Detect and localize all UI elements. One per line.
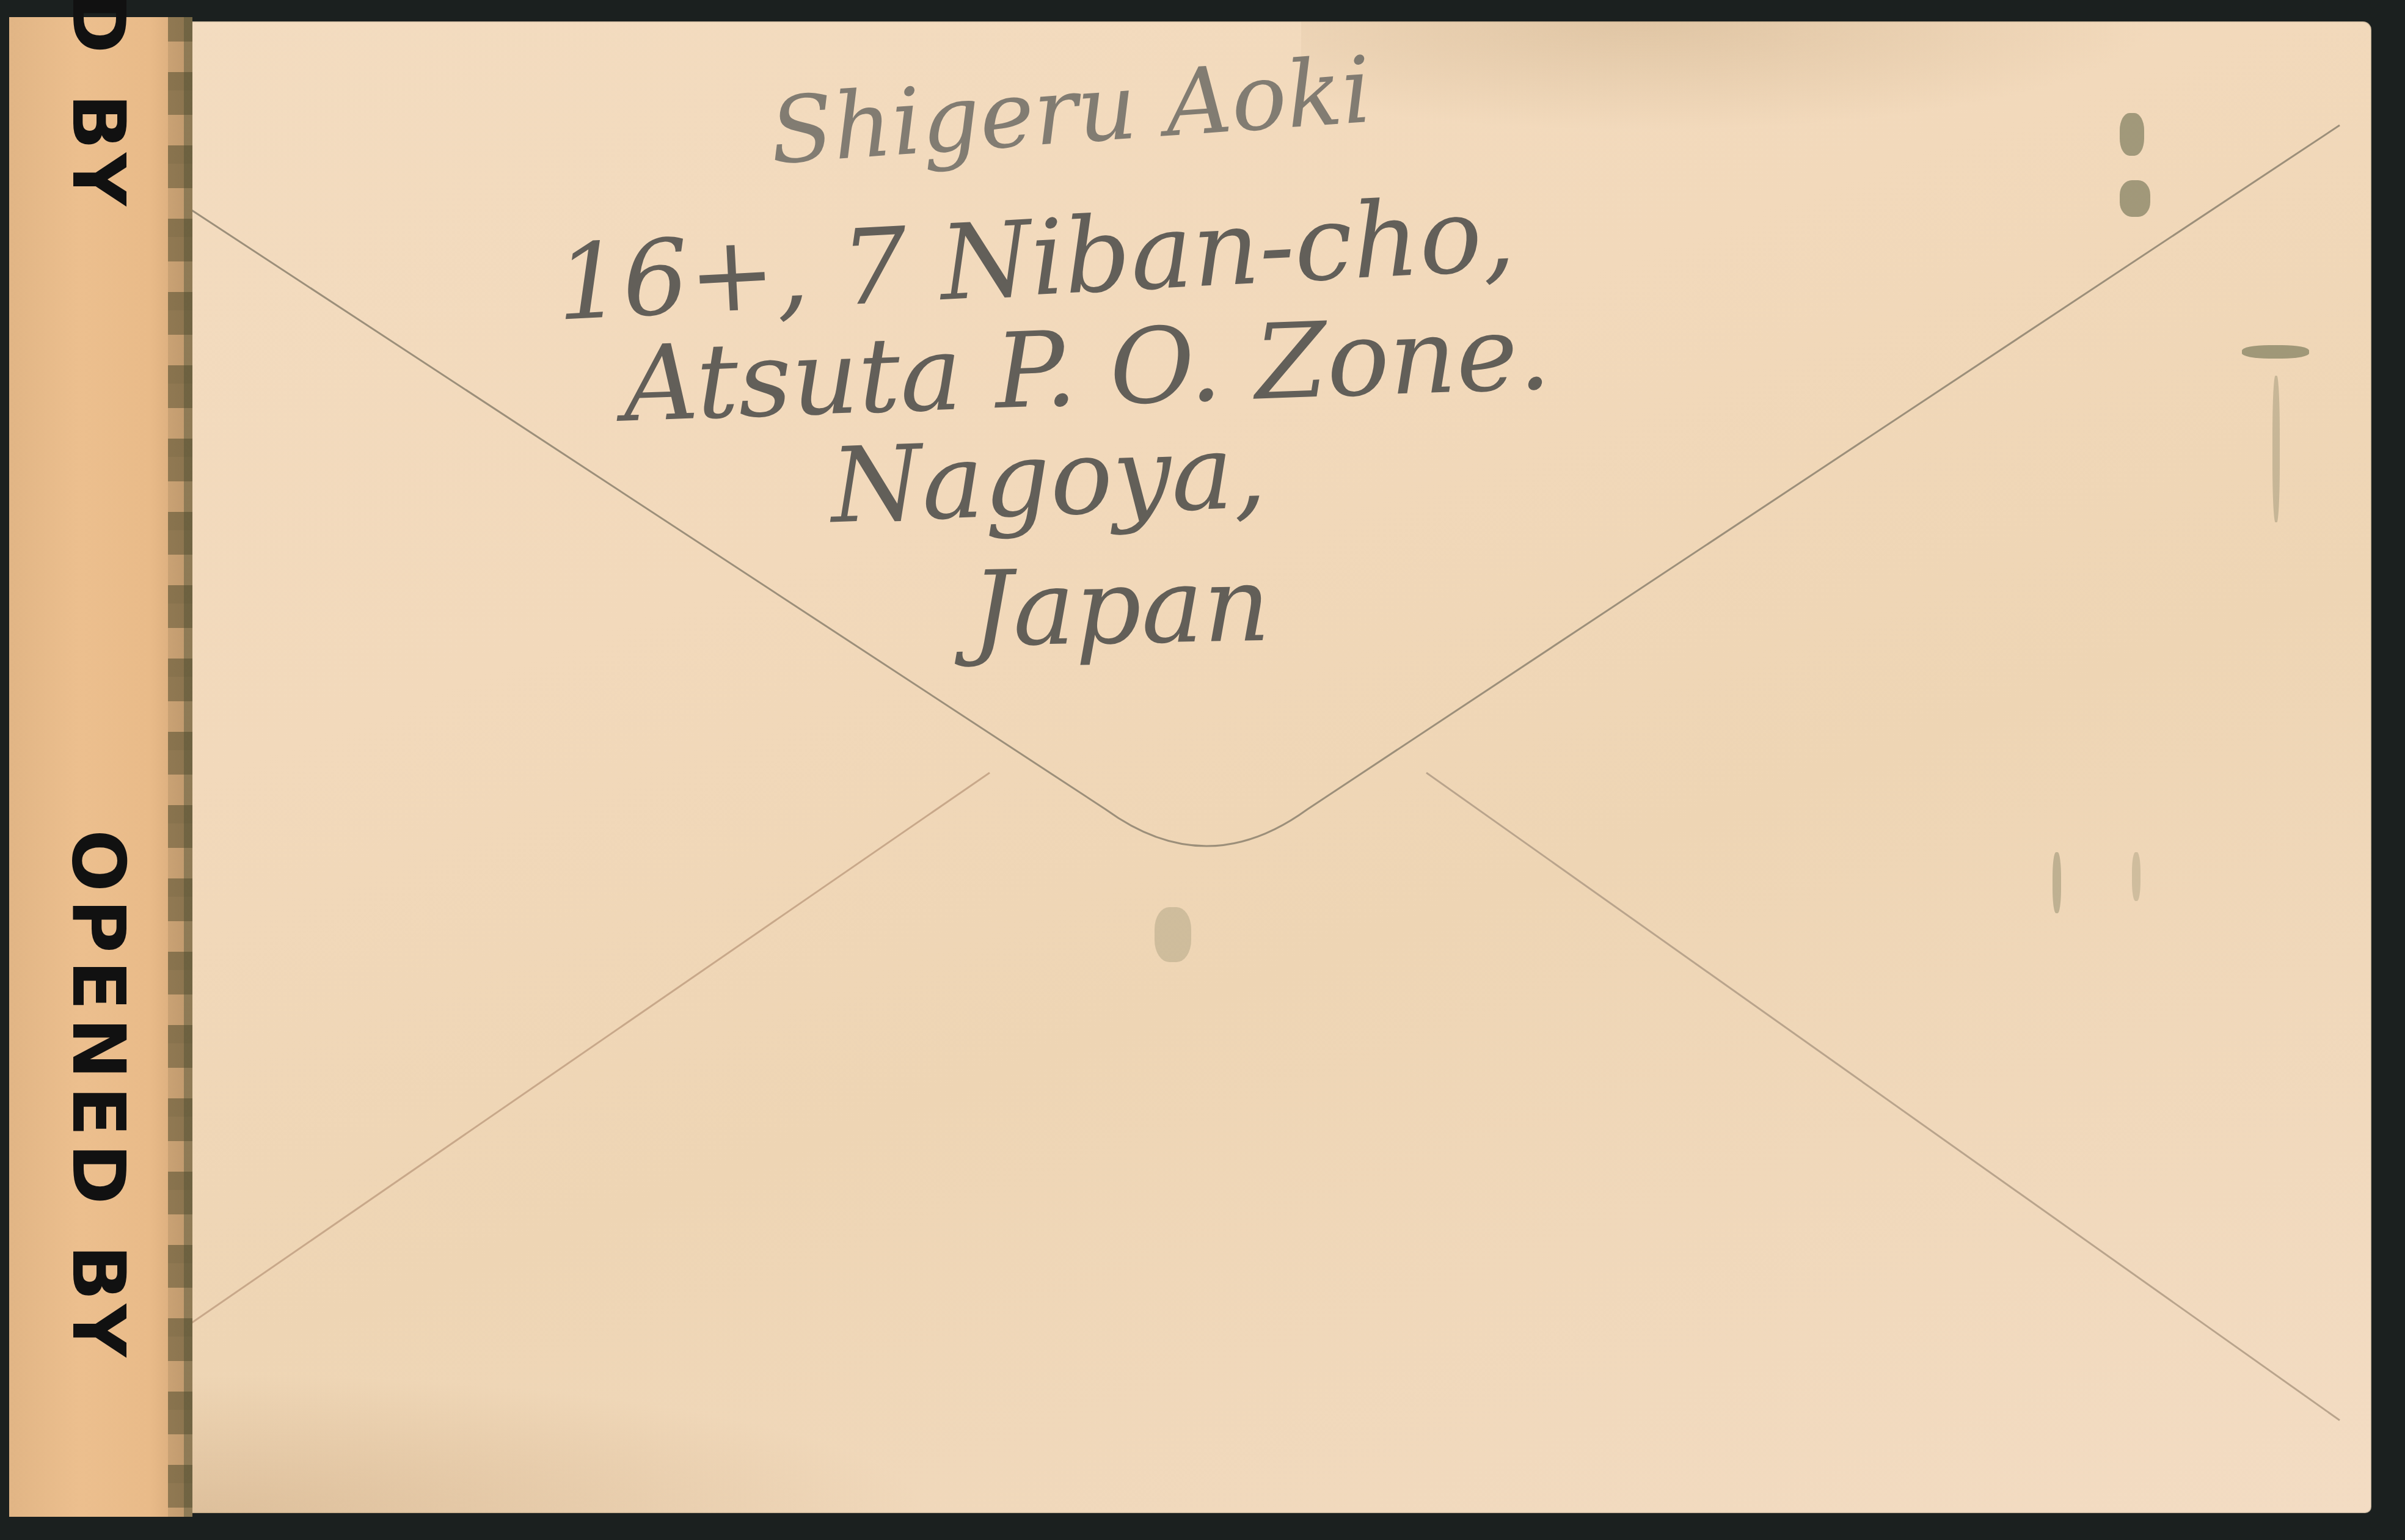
grime-mark [2120,180,2150,217]
censor-tape-text-top: D BY [46,0,150,213]
address-line-3: Nagoya, [829,411,1268,547]
grime-mark [1155,907,1191,962]
envelope: Shigeru Aoki 16+, 7 Niban-cho, Atsuta P.… [18,21,2371,1513]
grime-mark [2120,113,2144,156]
censor-tape-text: OPENED BY [46,830,150,1365]
address-line-4: Japan [970,544,1271,671]
grime-mark [2053,852,2061,913]
grime-mark [2132,852,2140,901]
tape-grime [168,17,192,1517]
censor-tape: D BY OPENED BY [9,17,192,1517]
grime-mark [2272,376,2280,522]
grime-mark [2242,345,2309,359]
